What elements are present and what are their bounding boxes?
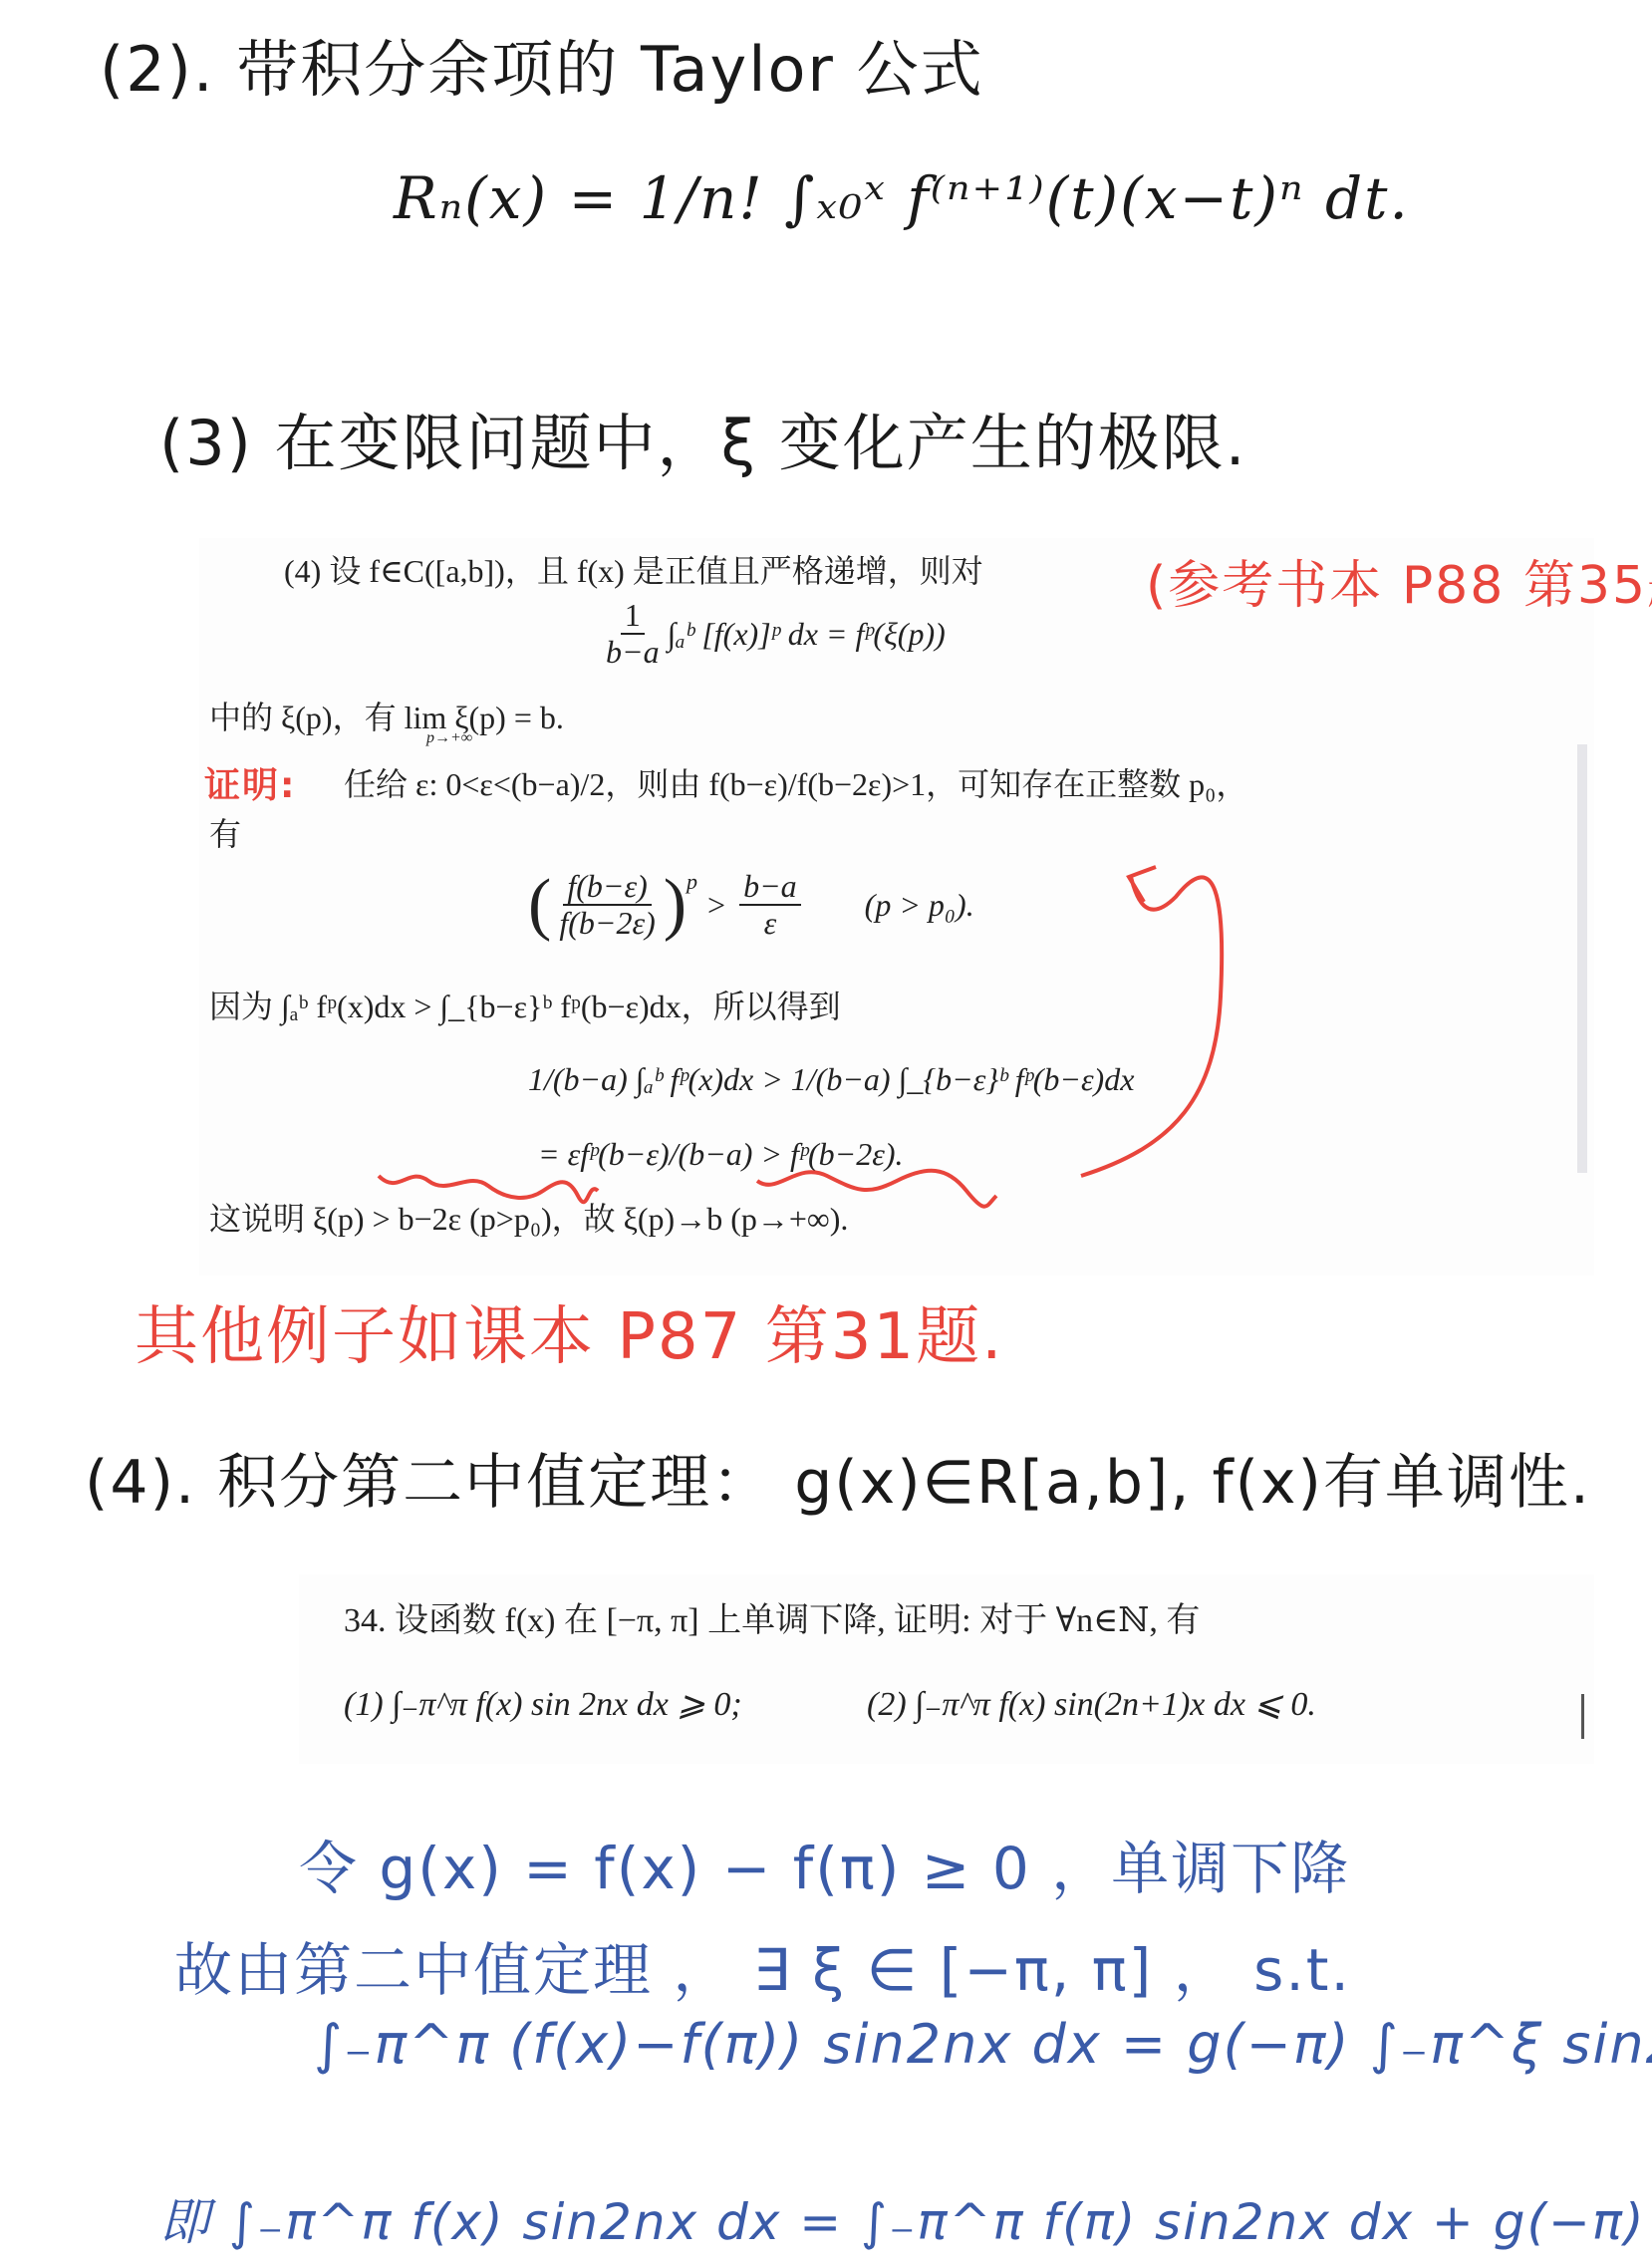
excerpt2-part1: (1) ∫₋π^π f(x) sin 2nx dx ⩾ 0;: [344, 1684, 742, 1724]
squiggle-underline: [379, 1176, 598, 1202]
solution-line4: 即 ∫₋π^π f(x) sin2nx dx = ∫₋π^π f(π) sin2…: [159, 2182, 1652, 2254]
solution-line3: ∫₋π^π (f(x)−f(π)) sin2nx dx = g(−π) ∫₋π^…: [314, 2013, 1652, 2076]
other-examples-note: 其他例子如课本 P87 第31题.: [135, 1285, 1004, 1377]
reference-note: (参考书本 P88 第35题): [1146, 543, 1652, 618]
solution-line1: 令 g(x) = f(x) − f(π) ≥ 0 ，单调下降: [299, 1822, 1350, 1905]
excerpt2-problem: 34. 设函数 f(x) 在 [−π, π] 上单调下降, 证明: 对于 ∀n∈…: [344, 1592, 1200, 1641]
squiggle-underline-2: [757, 1171, 996, 1207]
excerpt2-part2: (2) ∫₋π^π f(x) sin(2n+1)x dx ⩽ 0.: [867, 1684, 1316, 1724]
section-4-heading: (4). 积分第二中值定理： g(x)∈R[a,b], f(x)有单调性.: [85, 1435, 1591, 1521]
scan-edge-mark: [1581, 1694, 1584, 1739]
solution-line2: 故由第二中值定理 ， ∃ ξ ∈ [−π, π] ， s.t.: [174, 1923, 1351, 2007]
curved-arrow-icon: [1081, 867, 1222, 1176]
